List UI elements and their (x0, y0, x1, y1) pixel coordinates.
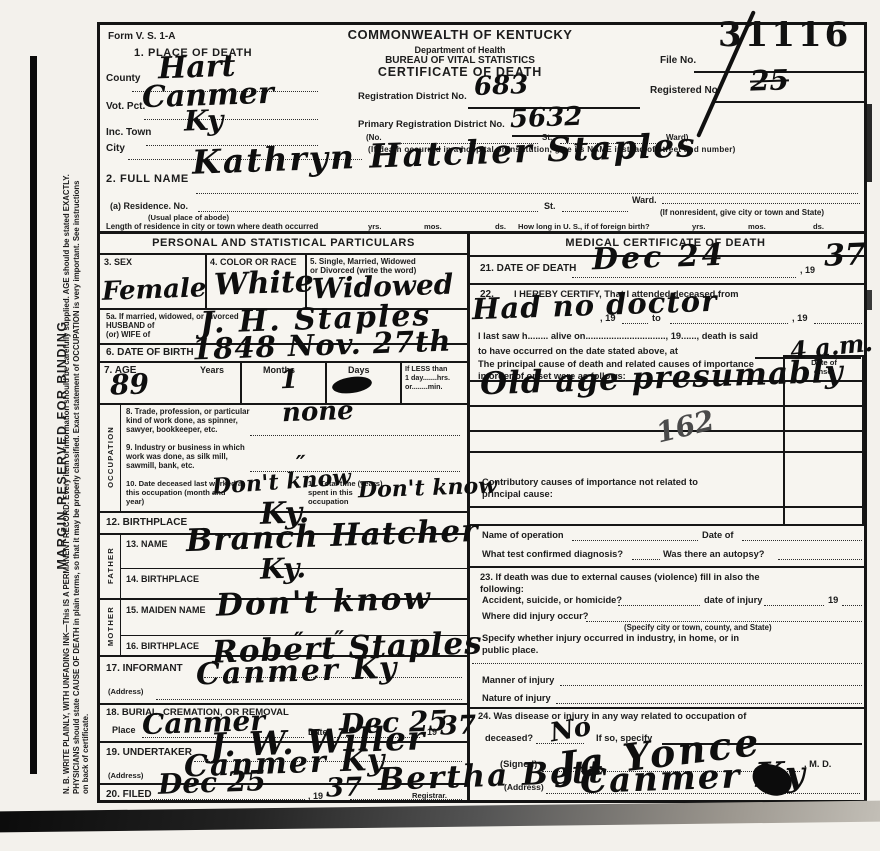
age-years-header: Years (200, 365, 224, 376)
occupation-related-label: 24. Was disease or injury in any way rel… (478, 711, 746, 723)
ds-label: ds. (813, 222, 824, 231)
filed-year-handwritten: 37 (326, 774, 363, 801)
cell-divider (400, 361, 402, 403)
voting-precinct-label: Vot. Pct. (106, 101, 145, 112)
undertaker-address-label: (Address) (108, 771, 143, 780)
personal-particulars-title: PERSONAL AND STATISTICAL PARTICULARS (100, 237, 467, 249)
dotted-rule (670, 323, 788, 324)
certificate-title: CERTIFICATE OF DEATH (330, 67, 590, 78)
injury-year-print: 19 (828, 595, 838, 607)
date-of-death-label: 21. DATE OF DEATH (480, 263, 576, 274)
death-year-handwritten: 37 (823, 240, 866, 271)
father-birthplace-value-handwritten: Ky. (260, 554, 307, 584)
to-year-print: , 19 (792, 313, 808, 325)
informant-address-value-handwritten: Canmer Ky (196, 653, 399, 690)
inc-town-value-handwritten: Ky (184, 106, 224, 135)
margin-note-label: N. B. WRITE PLAINLY, WITH UNFADING INK—T… (62, 174, 90, 794)
informant-address-label: (Address) (108, 687, 143, 696)
city-label: City (106, 143, 125, 154)
length-of-residence-label: Length of residence in city or town wher… (106, 222, 318, 231)
file-no-label: File No. (660, 55, 696, 66)
trade-label: 8. Trade, profession, or particular kind… (126, 407, 250, 434)
registration-district-value-handwritten: 683 (474, 72, 529, 100)
registered-no-value-handwritten: 25 (750, 66, 790, 95)
dotted-rule (472, 663, 862, 664)
rule (714, 101, 866, 103)
primary-district-value-handwritten: 5632 (510, 104, 583, 133)
filed-date-handwritten: Dec 25 (158, 767, 267, 799)
dotted-rule (764, 605, 824, 606)
cause-line (470, 524, 864, 526)
residence-label: (a) Residence. No. (110, 201, 188, 212)
test-confirmed-label: What test confirmed diagnosis? (482, 549, 623, 561)
filed-label: 20. FILED (106, 789, 152, 800)
inc-town-label: Inc. Town (106, 127, 151, 138)
county-label: County (106, 73, 140, 84)
registrar-signature-handwritten: Bertha Bett (378, 757, 606, 796)
primary-district-label: Primary Registration District No. (358, 119, 505, 130)
nonresident-note: (If nonresident, give city or town and S… (660, 208, 824, 217)
dotted-rule (350, 799, 462, 800)
yrs-label: yrs. (692, 222, 706, 231)
registered-no-label: Registered No. (650, 85, 721, 96)
cause-line (470, 506, 864, 508)
autopsy-label: Was there an autopsy? (663, 549, 764, 561)
contributory-causes-label: Contributory causes of importance not re… (482, 477, 698, 500)
nature-of-injury-label: Nature of injury (482, 693, 551, 705)
dotted-rule (198, 211, 538, 212)
header-divider (100, 231, 864, 234)
age-months-value-handwritten: 1 (280, 367, 299, 394)
mos-label: mos. (748, 222, 766, 231)
occupation-side-label: OCCUPATION (106, 426, 115, 488)
date-of-injury-label: date of injury (704, 595, 762, 607)
father-name-value-handwritten: Branch Hatcher (186, 516, 479, 557)
section-divider (469, 707, 864, 709)
if-less-than-label: If LESS than 1 day.......hrs. or........… (405, 364, 450, 391)
ink-blot (331, 374, 373, 395)
date-of-operation-label: Date of (702, 530, 734, 542)
attended-from-handwritten: Had no doctor (472, 287, 718, 325)
mother-maiden-name-value-handwritten: Don't know (216, 583, 433, 622)
father-name-label: 13. NAME (126, 539, 168, 550)
rule (100, 253, 467, 255)
mother-side-strip: MOTHER (100, 598, 121, 655)
full-name-value-handwritten: Kathryn Hatcher Staples (192, 128, 698, 179)
dotted-rule (144, 119, 318, 120)
section-divider (469, 566, 864, 568)
dotted-rule (196, 193, 858, 194)
abode-note: (Usual place of abode) (148, 213, 229, 222)
residence-st-label: St. (544, 201, 556, 212)
registration-district-label: Registration District No. (358, 91, 467, 102)
occupation-side-strip: OCCUPATION (100, 403, 121, 511)
dotted-rule (742, 540, 862, 541)
trade-value-handwritten: none (282, 398, 355, 426)
commonwealth-title: COMMONWEALTH OF KENTUCKY (330, 29, 590, 40)
dotted-rule (560, 685, 862, 686)
dotted-rule (622, 323, 648, 324)
certificate-form: Form V. S. 1-A 1. PLACE OF DEATH County … (97, 22, 867, 803)
dotted-rule (662, 203, 860, 204)
dotted-rule (556, 703, 862, 704)
md-label: , M. D. (804, 759, 831, 771)
dotted-rule (156, 699, 462, 700)
yrs-label: yrs. (368, 222, 382, 231)
dotted-rule (586, 621, 862, 622)
total-time-value-handwritten: Don't know (358, 475, 498, 502)
birthplace-label: 12. BIRTHPLACE (106, 517, 187, 528)
dotted-rule (572, 277, 796, 278)
operation-label: Name of operation (482, 530, 564, 542)
marital-status-value-handwritten: Widowed (312, 271, 454, 304)
scan-smudge (867, 290, 872, 310)
cause-line (470, 451, 864, 453)
mother-side-label: MOTHER (106, 606, 115, 646)
date-of-birth-value-handwritten: 1848 Nov. 27th (192, 326, 452, 364)
cause-line (470, 405, 864, 407)
burial-year-handwritten: 37 (440, 712, 477, 739)
cause-scribble-handwritten: 162 (653, 406, 716, 447)
sex-label: 3. SEX (104, 257, 132, 268)
cell-divider (240, 361, 242, 403)
manner-of-injury-label: Manner of injury (482, 675, 554, 687)
specify-whether-label: Specify whether injury occurred in indus… (482, 633, 739, 656)
dotted-rule (250, 435, 460, 436)
external-causes-label: 23. If death was due to external causes … (480, 572, 760, 595)
informant-label: 17. INFORMANT (106, 663, 183, 674)
dotted-rule (572, 540, 698, 541)
full-name-label: 2. FULL NAME (106, 173, 189, 185)
age-days-header: Days (348, 365, 370, 376)
filed-year-print: , 19 (308, 791, 323, 802)
mos-label: mos. (424, 222, 442, 231)
where-injury-label: Where did injury occur? (482, 611, 588, 623)
department-subtitle: Department of Health (330, 45, 590, 55)
last-saw-alive-line: I last saw h........ alive on...........… (478, 331, 758, 343)
scanned-death-certificate: MARGIN RESERVED FOR BINDING N. B. WRITE … (0, 0, 880, 851)
undertaker-label: 19. UNDERTAKER (106, 747, 192, 758)
father-birthplace-label: 14. BIRTHPLACE (126, 574, 199, 585)
date-of-death-value-handwritten: Dec 24 (592, 241, 727, 276)
father-side-label: FATHER (106, 547, 115, 584)
mother-birthplace-label: 16. BIRTHPLACE (126, 641, 199, 652)
mother-maiden-name-label: 15. MAIDEN NAME (126, 605, 206, 616)
binding-edge-bar (30, 56, 37, 774)
specify-city-note: (Specify city or town, county, and State… (624, 623, 772, 632)
dotted-rule (632, 559, 660, 560)
industry-label: 9. Industry or business in which work wa… (126, 443, 245, 470)
dotted-rule (778, 559, 862, 560)
how-long-in-us-label: How long in U. S., if of foreign birth? (518, 222, 650, 231)
scan-streak (0, 801, 880, 833)
dotted-rule (842, 605, 862, 606)
ds-label: ds. (495, 222, 506, 231)
age-years-value-handwritten: 89 (110, 370, 150, 399)
rule (469, 283, 864, 285)
date-of-birth-label: 6. DATE OF BIRTH (106, 347, 194, 358)
sex-value-handwritten: Female (102, 275, 207, 305)
accident-suicide-label: Accident, suicide, or homicide? (482, 595, 622, 607)
dotted-rule (814, 323, 862, 324)
occurred-at-label: to have occurred on the date stated abov… (478, 346, 678, 358)
deceased-question-label: deceased? (485, 733, 533, 745)
residence-ward-label: Ward. (632, 195, 657, 206)
dotted-rule (562, 211, 628, 212)
father-side-strip: FATHER (100, 533, 121, 598)
dotted-rule (618, 605, 700, 606)
form-number: Form V. S. 1-A (108, 31, 175, 42)
color-race-value-handwritten: White (214, 267, 315, 300)
burial-place-label: Place (112, 725, 136, 736)
death-year-print: , 19 (800, 265, 815, 276)
